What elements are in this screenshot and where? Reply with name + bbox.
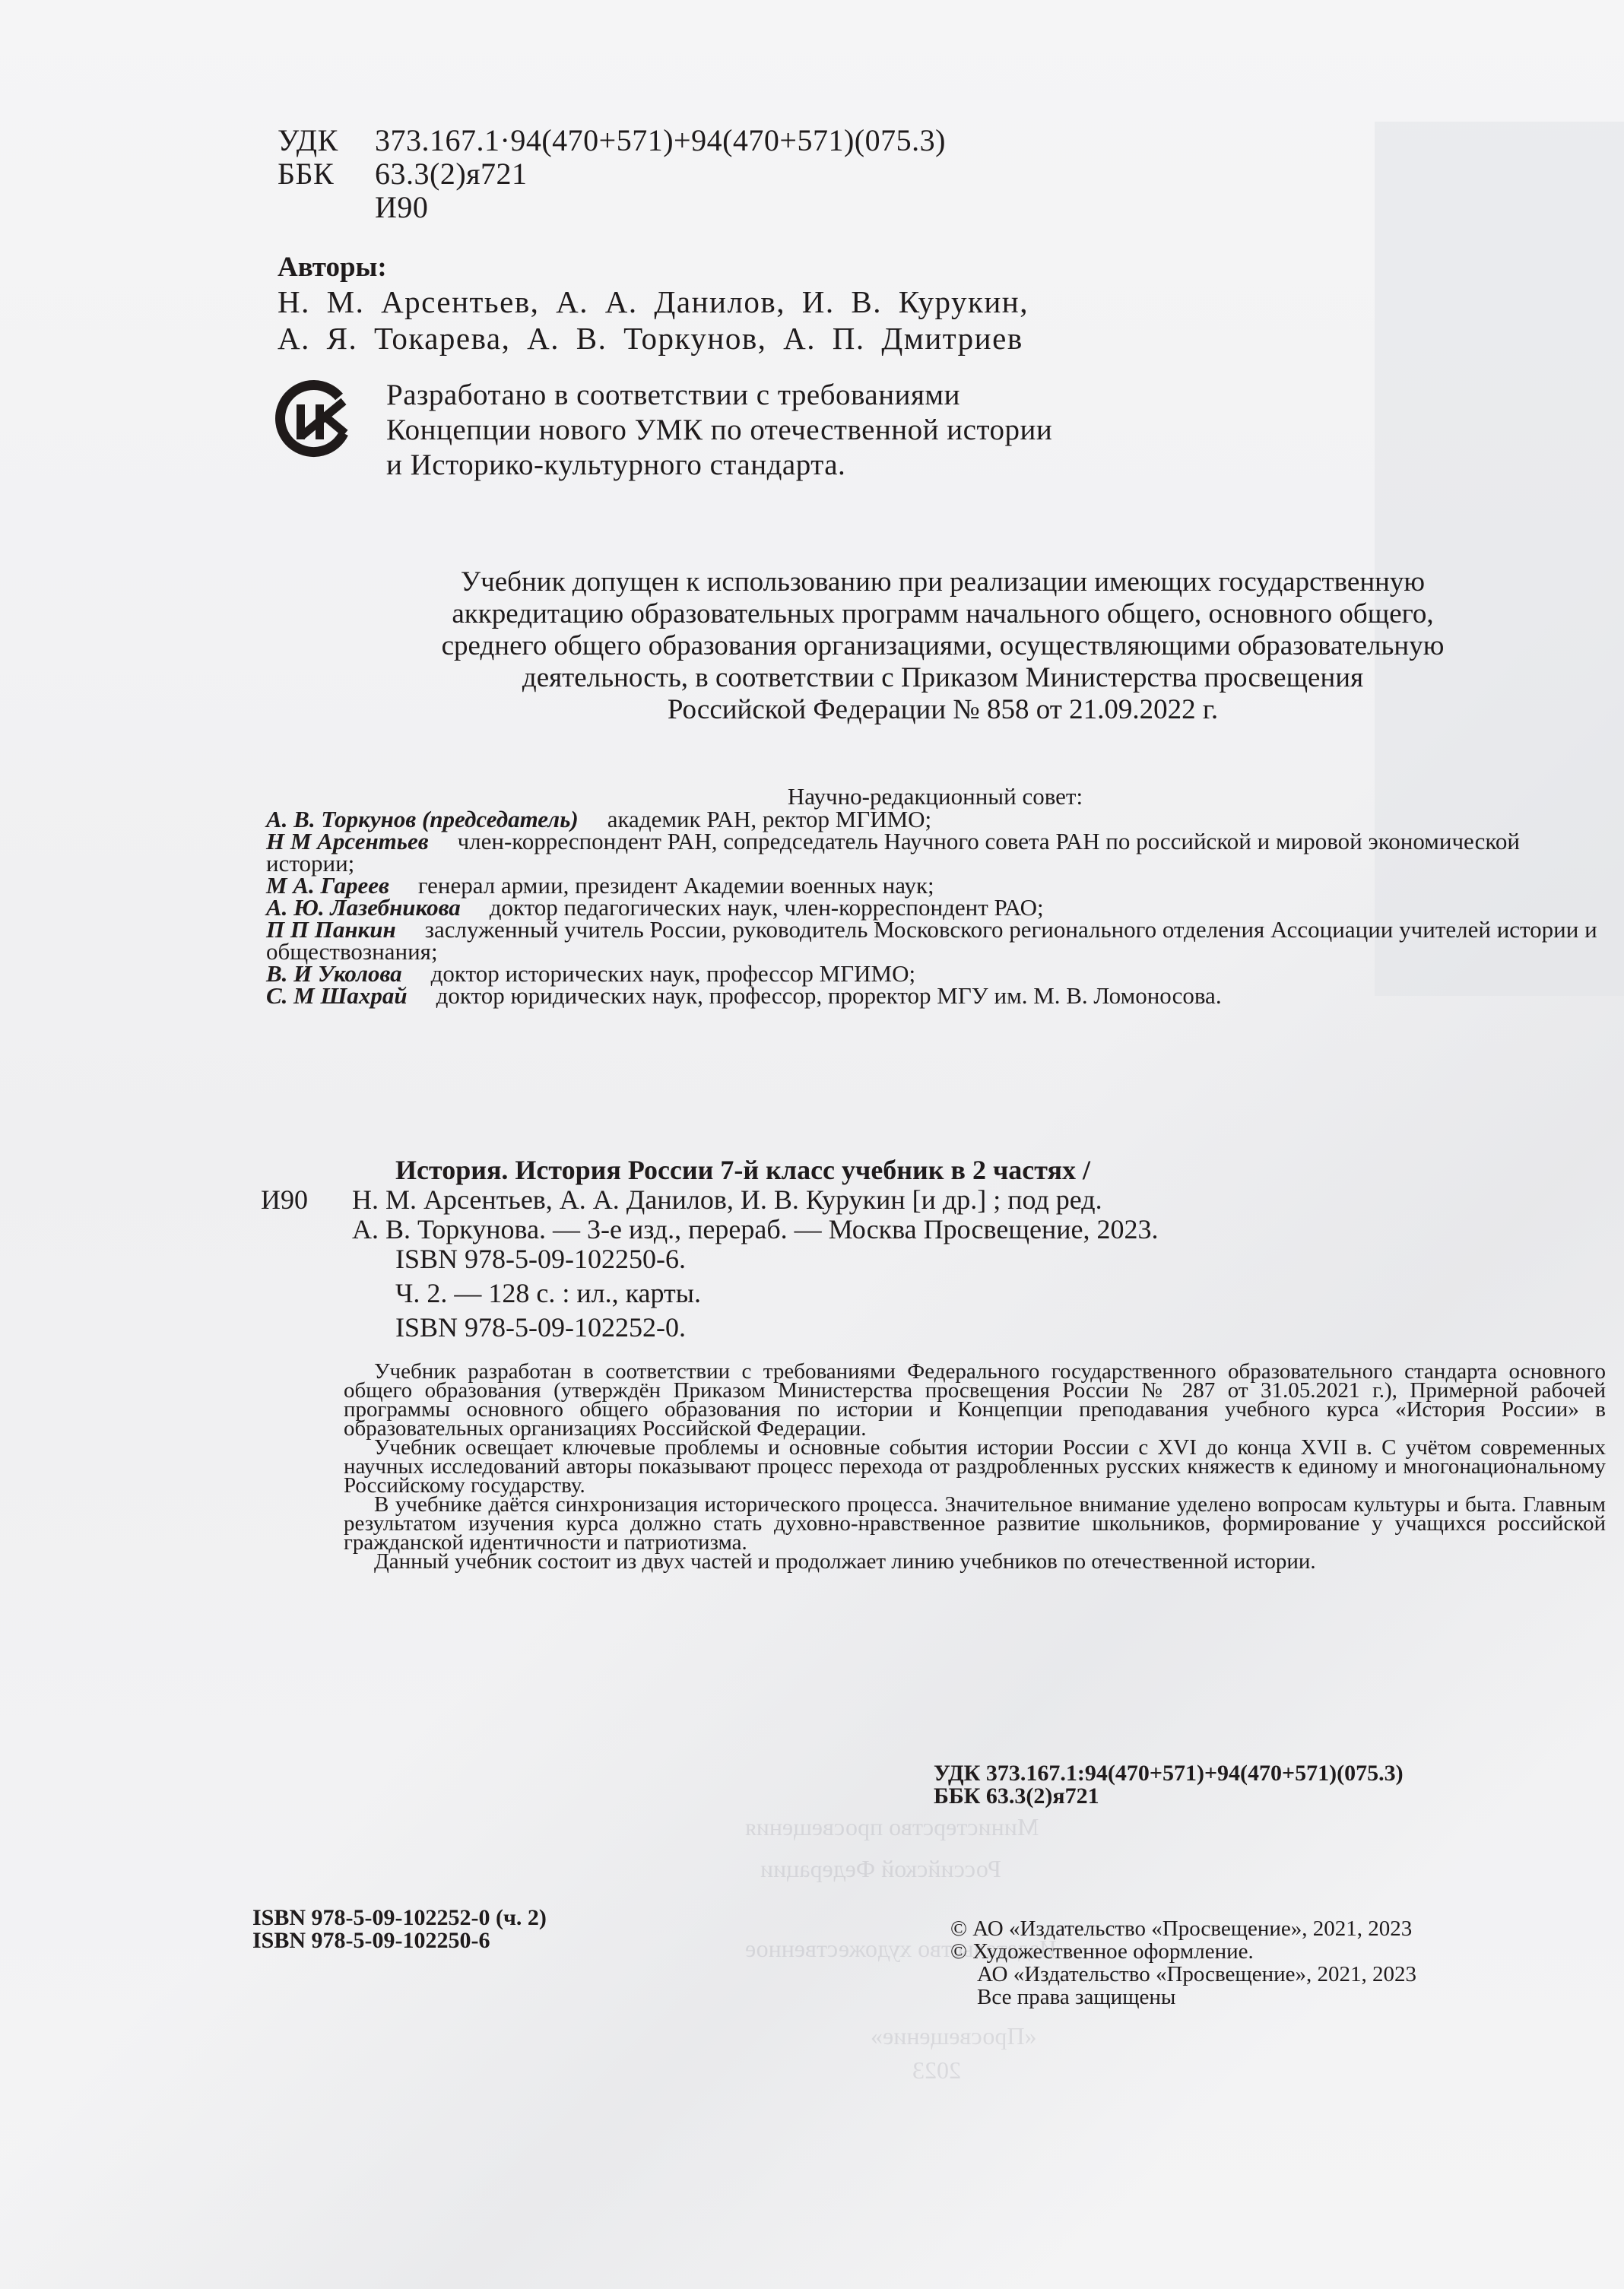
authors-line-2: А. Я. Токарева, А. В. Торкунов, А. П. Дм… bbox=[278, 320, 1029, 357]
biblio-mark: И90 bbox=[261, 1185, 308, 1215]
copyright-line: АО «Издательство «Просвещение», 2021, 20… bbox=[950, 1963, 1416, 1986]
council-member: Н М Арсентьевчлен-корреспондент РАН, соп… bbox=[266, 830, 1604, 874]
council-member: С. М Шахрайдоктор юридических наук, проф… bbox=[266, 984, 1604, 1007]
authors-block: Авторы: Н. М. Арсентьев, А. А. Данилов, … bbox=[278, 251, 1029, 357]
rights-reserved: Все права защищены bbox=[950, 1986, 1416, 2008]
author-mark: И90 bbox=[375, 191, 428, 224]
udk-label: УДК bbox=[278, 124, 375, 157]
council-member: П П Панкинзаслуженный учитель России, ру… bbox=[266, 918, 1604, 962]
approval-line: Российской Федерации № 858 от 21.09.2022… bbox=[289, 694, 1597, 726]
abstract-paragraph: Данный учебник состоит из двух частей и … bbox=[344, 1552, 1606, 1571]
ik-notice-line: и Историко-культурного стандарта. bbox=[386, 448, 1052, 483]
udk-value: 373.167.1·94(470+571)+94(470+571)(075.3) bbox=[375, 124, 946, 157]
council-member: В. И Уколовадоктор исторических наук, пр… bbox=[266, 962, 1604, 984]
bbk-label: ББК bbox=[278, 157, 375, 191]
ik-logo-icon bbox=[274, 380, 356, 462]
bleed-through-text: 2023 bbox=[912, 2056, 961, 2085]
book-title: История. История России 7-й класс учебни… bbox=[352, 1156, 1159, 1185]
bleed-through-text: «Просвещение» bbox=[871, 2022, 1037, 2050]
approval-line: деятельность, в соответствии с Приказом … bbox=[289, 662, 1597, 694]
classification-block: УДК373.167.1·94(470+571)+94(470+571)(075… bbox=[278, 124, 946, 224]
abstract-paragraph: Учебник освещает ключевые проблемы и осн… bbox=[344, 1438, 1606, 1495]
isbn-set: ISBN 978-5-09-102250-6. bbox=[352, 1244, 1159, 1274]
abstract: Учебник разработан в соответствии с треб… bbox=[344, 1362, 1606, 1571]
bbk-bottom: ББК 63.3(2)я721 bbox=[934, 1785, 1404, 1808]
bleed-through-text: Министерство просвещения bbox=[745, 1813, 1039, 1841]
ik-notice-line: Концепции нового УМК по отечественной ис… bbox=[386, 413, 1052, 448]
approval-statement: Учебник допущен к использованию при реал… bbox=[289, 566, 1597, 726]
isbn-block: ISBN 978-5-09-102252-0 (ч. 2) ISBN 978-5… bbox=[252, 1907, 547, 1952]
bbk-value: 63.3(2)я721 bbox=[375, 157, 528, 191]
bibliographic-record: История. История России 7-й класс учебни… bbox=[352, 1156, 1159, 1343]
isbn-part: ISBN 978-5-09-102252-0. bbox=[352, 1313, 1159, 1343]
bleed-through-text: Российской Федерации bbox=[760, 1855, 1001, 1883]
approval-line: среднего общего образования организациям… bbox=[289, 630, 1597, 662]
book-editor: А. В. Торкунова. — 3-е изд., перераб. — … bbox=[352, 1215, 1159, 1244]
copyright-block: © АО «Издательство «Просвещение», 2021, … bbox=[950, 1917, 1416, 2008]
isbn-full-set: ISBN 978-5-09-102250-6 bbox=[252, 1929, 547, 1952]
classification-bottom: УДК 373.167.1:94(470+571)+94(470+571)(07… bbox=[934, 1762, 1404, 1808]
copyright-line: © Художественное оформление. bbox=[950, 1940, 1416, 1963]
approval-line: аккредитацию образовательных программ на… bbox=[289, 598, 1597, 630]
copyright-line: © АО «Издательство «Просвещение», 2021, … bbox=[950, 1917, 1416, 1940]
council-list: А. В. Торкунов (председатель)академик РА… bbox=[266, 808, 1604, 1007]
isbn-part-2: ISBN 978-5-09-102252-0 (ч. 2) bbox=[252, 1907, 547, 1929]
ik-notice: Разработано в соответствии с требованиям… bbox=[386, 378, 1052, 483]
udk-bottom: УДК 373.167.1:94(470+571)+94(470+571)(07… bbox=[934, 1762, 1404, 1785]
part-info: Ч. 2. — 128 с. : ил., карты. bbox=[352, 1279, 1159, 1308]
council-member: А. В. Торкунов (председатель)академик РА… bbox=[266, 808, 1604, 830]
authors-line-1: Н. М. Арсентьев, А. А. Данилов, И. В. Ку… bbox=[278, 284, 1029, 320]
ik-notice-line: Разработано в соответствии с требованиям… bbox=[386, 378, 1052, 413]
abstract-paragraph: Учебник разработан в соответствии с треб… bbox=[344, 1362, 1606, 1438]
approval-line: Учебник допущен к использованию при реал… bbox=[289, 566, 1597, 598]
council-member: А. Ю. Лазебниковадоктор педагогических н… bbox=[266, 896, 1604, 918]
abstract-paragraph: В учебнике даётся синхронизация историче… bbox=[344, 1495, 1606, 1552]
book-authors: Н. М. Арсентьев, А. А. Данилов, И. В. Ку… bbox=[352, 1185, 1159, 1215]
council-member: М А. Гареевгенерал армии, президент Акад… bbox=[266, 874, 1604, 896]
authors-heading: Авторы: bbox=[278, 251, 1029, 284]
